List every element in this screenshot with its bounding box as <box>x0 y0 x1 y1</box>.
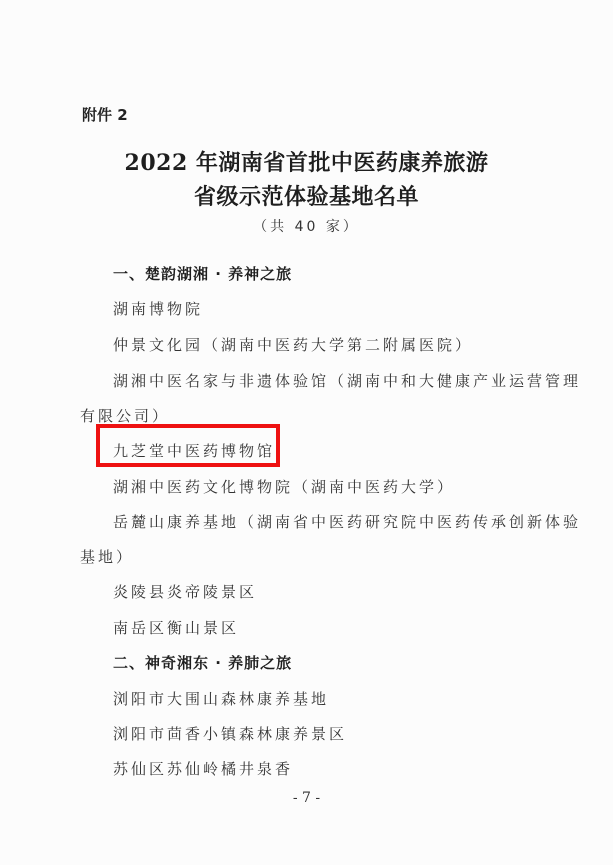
list-item-continuation: 有限公司） <box>80 405 170 426</box>
section-heading-1: 一、楚韵湖湘 · 养神之旅 <box>113 263 292 284</box>
attachment-label: 附件 2 <box>82 104 128 125</box>
list-item: 湖湘中医名家与非遗体验馆（湖南中和大健康产业运营管理 <box>113 370 581 391</box>
list-item: 南岳区衡山景区 <box>113 617 239 638</box>
page-number: - 7 - <box>0 790 613 806</box>
list-item-continuation: 基地） <box>80 546 134 567</box>
list-item: 浏阳市大围山森林康养基地 <box>113 688 329 709</box>
list-item: 浏阳市茴香小镇森林康养景区 <box>113 723 347 744</box>
list-item: 湖湘中医药文化博物院（湖南中医药大学） <box>113 476 455 497</box>
highlight-box <box>96 424 280 467</box>
list-item: 炎陵县炎帝陵景区 <box>113 581 257 602</box>
list-item: 湖南博物院 <box>113 298 203 319</box>
list-item: 岳麓山康养基地（湖南省中医药研究院中医药传承创新体验 <box>113 511 581 532</box>
document-title-line2: 省级示范体验基地名单 <box>0 180 613 211</box>
document-title-line1: 2022 年湖南省首批中医药康养旅游 <box>0 146 613 177</box>
list-item: 仲景文化园（湖南中医药大学第二附属医院） <box>113 334 473 355</box>
section-heading-2: 二、神奇湘东 · 养肺之旅 <box>113 652 292 673</box>
total-count: （共 40 家） <box>0 216 613 236</box>
list-item: 苏仙区苏仙岭橘井泉香 <box>113 758 293 779</box>
